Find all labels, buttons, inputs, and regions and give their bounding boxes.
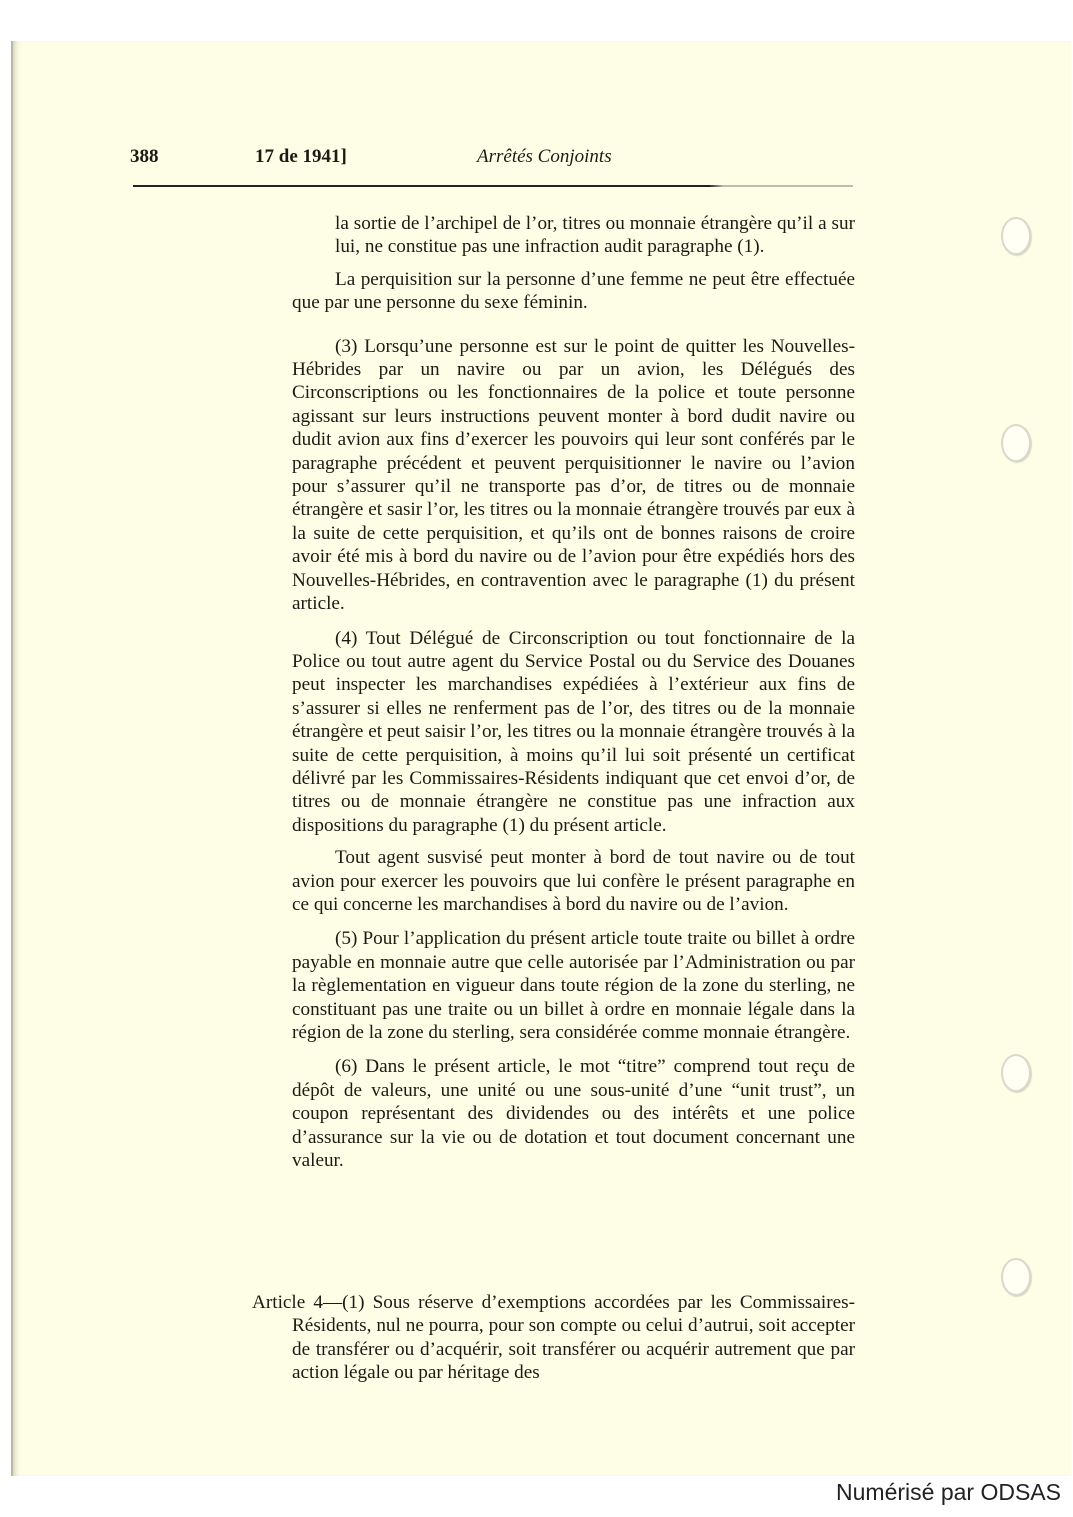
page-number: 388 <box>130 146 159 168</box>
article-body: la sortie de l’archipel de l’or, titres … <box>292 212 855 1172</box>
paragraph-6: (6) Dans le présent article, le mot “tit… <box>292 1055 855 1172</box>
paragraph-4-agents: Tout agent susvisé peut monter à bord de… <box>292 846 855 916</box>
header-rule <box>133 185 853 187</box>
paragraph-3: (3) Lorsqu’une personne est sur le point… <box>292 335 855 616</box>
paragraph-4: (4) Tout Délégué de Circonscription ou t… <box>292 627 855 838</box>
punch-hole <box>1001 1258 1031 1296</box>
article-4-paragraph-1: Article 4—(1) Sous réserve d’exemptions … <box>252 1291 855 1385</box>
running-header: 388 17 de 1941] Arrêtés Conjoints <box>130 146 855 176</box>
year-reference: 17 de 1941] <box>255 146 347 168</box>
paragraph-continuation: la sortie de l’archipel de l’or, titres … <box>292 212 855 259</box>
digitization-credit: Numérisé par ODSAS <box>836 1479 1061 1506</box>
paragraph-search-women: La perquisition sur la personne d’une fe… <box>292 268 855 315</box>
punch-hole <box>1001 217 1031 255</box>
paragraph-5: (5) Pour l’application du présent articl… <box>292 927 855 1044</box>
article-4: Article 4—(1) Sous réserve d’exemptions … <box>252 1291 855 1385</box>
punch-hole <box>1001 1054 1031 1092</box>
running-title: Arrêtés Conjoints <box>477 146 612 168</box>
punch-hole <box>1001 424 1031 462</box>
